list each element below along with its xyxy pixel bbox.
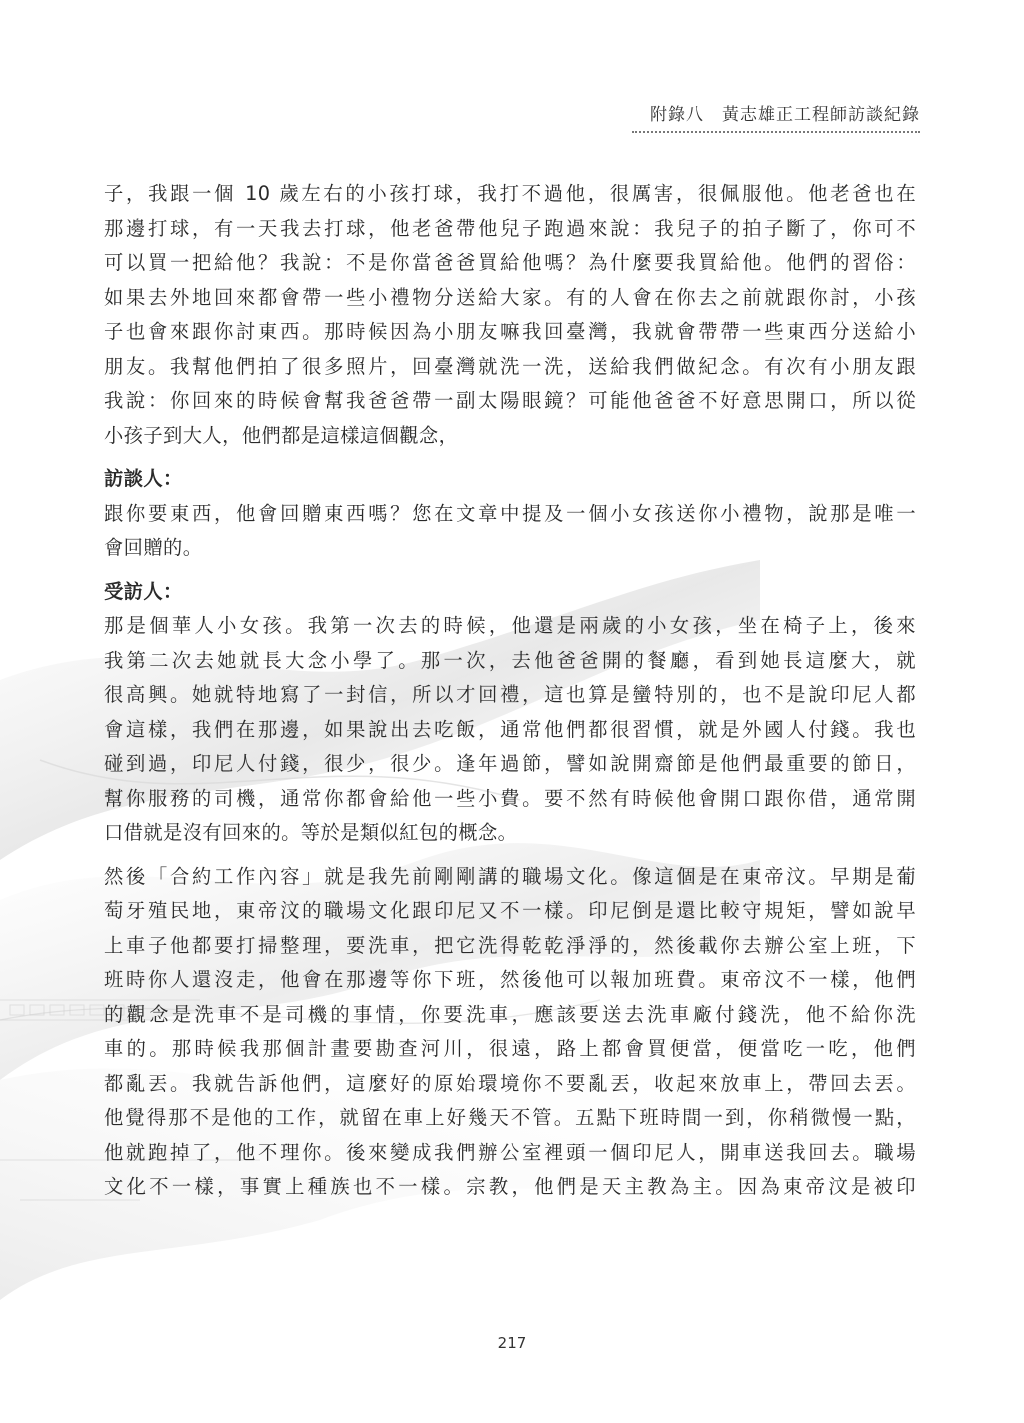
running-header-title: 附錄八 黃志雄正工程師訪談紀錄: [632, 100, 920, 125]
page-number: 217: [0, 1334, 1024, 1352]
text-line: 班時你人還沒走，他會在那邊等你下班，然後他可以報加班費。東帝汶不一樣，他們: [104, 963, 916, 998]
text-line: 那邊打球，有一天我去打球，他老爸帶他兒子跑過來說：我兒子的拍子斷了，你可不: [104, 212, 916, 247]
text-line: 他就跑掉了，他不理你。後來變成我們辦公室裡頭一個印尼人，開車送我回去。職場: [104, 1136, 916, 1171]
text-line: 我第二次去她就長大念小學了。那一次，去他爸爸開的餐廳，看到她長這麼大，就: [104, 644, 916, 679]
speaker-label-interviewer: 訪談人：: [104, 462, 916, 497]
interviewee-answer: 那是個華人小女孩。我第一次去的時候，他還是兩歲的小女孩，坐在椅子上，後來 我第二…: [104, 609, 916, 851]
text-line: 的觀念是洗車不是司機的事情，你要洗車，應該要送去洗車廠付錢洗，他不給你洗: [104, 998, 916, 1033]
text-line: 如果去外地回來都會帶一些小禮物分送給大家。有的人會在你去之前就跟你討，小孩: [104, 281, 916, 316]
text-line: 上車子他都要打掃整理，要洗車，把它洗得乾乾淨淨的，然後載你去辦公室上班，下: [104, 929, 916, 964]
text-line: 碰到過，印尼人付錢，很少，很少。逢年過節，譬如說開齋節是他們最重要的節日，: [104, 747, 916, 782]
text-line: 萄牙殖民地，東帝汶的職場文化跟印尼又不一樣。印尼倒是還比較守規矩，譬如說早: [104, 894, 916, 929]
text-line: 他覺得那不是他的工作，就留在車上好幾天不管。五點下班時間一到，你稍微慢一點，: [104, 1101, 916, 1136]
page-body: 子，我跟一個 10 歲左右的小孩打球，我打不過他，很厲害，很佩服他。他老爸也在 …: [104, 177, 916, 1205]
speaker-label-interviewee: 受訪人：: [104, 575, 916, 610]
interviewee-answer-continued: 然後「合約工作內容」就是我先前剛剛講的職場文化。像這個是在東帝汶。早期是葡 萄牙…: [104, 860, 916, 1205]
paragraph-continued: 子，我跟一個 10 歲左右的小孩打球，我打不過他，很厲害，很佩服他。他老爸也在 …: [104, 177, 916, 453]
running-header: 附錄八 黃志雄正工程師訪談紀錄: [632, 100, 920, 133]
text-line: 文化不一樣，事實上種族也不一樣。宗教，他們是天主教為主。因為東帝汶是被印: [104, 1170, 916, 1205]
text-line: 然後「合約工作內容」就是我先前剛剛講的職場文化。像這個是在東帝汶。早期是葡: [104, 860, 916, 895]
text-line: 會這樣，我們在那邊，如果說出去吃飯，通常他們都很習慣，就是外國人付錢。我也: [104, 713, 916, 748]
text-line: 可以買一把給他？我說：不是你當爸爸買給他嗎？為什麼要我買給他。他們的習俗：: [104, 246, 916, 281]
text-line: 都亂丟。我就告訴他們，這麼好的原始環境你不要亂丟，收起來放車上，帶回去丟。: [104, 1067, 916, 1102]
text-line: 小孩子到大人，他們都是這樣這個觀念，: [104, 419, 916, 454]
text-line: 跟你要東西，他會回贈東西嗎？您在文章中提及一個小女孩送你小禮物，說那是唯一: [104, 497, 916, 532]
text-line: 很高興。她就特地寫了一封信，所以才回禮，這也算是蠻特別的，也不是說印尼人都: [104, 678, 916, 713]
text-line: 口借就是沒有回來的。等於是類似紅包的概念。: [104, 816, 916, 851]
text-line: 那是個華人小女孩。我第一次去的時候，他還是兩歲的小女孩，坐在椅子上，後來: [104, 609, 916, 644]
text-line: 車的。那時候我那個計畫要勘查河川，很遠，路上都會買便當，便當吃一吃，他們: [104, 1032, 916, 1067]
text-line: 子也會來跟你討東西。那時候因為小朋友嘛我回臺灣，我就會帶帶一些東西分送給小: [104, 315, 916, 350]
dotted-divider: [632, 131, 920, 133]
text-line: 幫你服務的司機，通常你都會給他一些小費。要不然有時候他會開口跟你借，通常開: [104, 782, 916, 817]
text-line: 我說：你回來的時候會幫我爸爸帶一副太陽眼鏡？可能他爸爸不好意思開口，所以從: [104, 384, 916, 419]
text-line: 子，我跟一個 10 歲左右的小孩打球，我打不過他，很厲害，很佩服他。他老爸也在: [104, 177, 916, 212]
text-line: 會回贈的。: [104, 531, 916, 566]
interviewer-question: 跟你要東西，他會回贈東西嗎？您在文章中提及一個小女孩送你小禮物，說那是唯一 會回…: [104, 497, 916, 566]
text-line: 朋友。我幫他們拍了很多照片，回臺灣就洗一洗，送給我們做紀念。有次有小朋友跟: [104, 350, 916, 385]
